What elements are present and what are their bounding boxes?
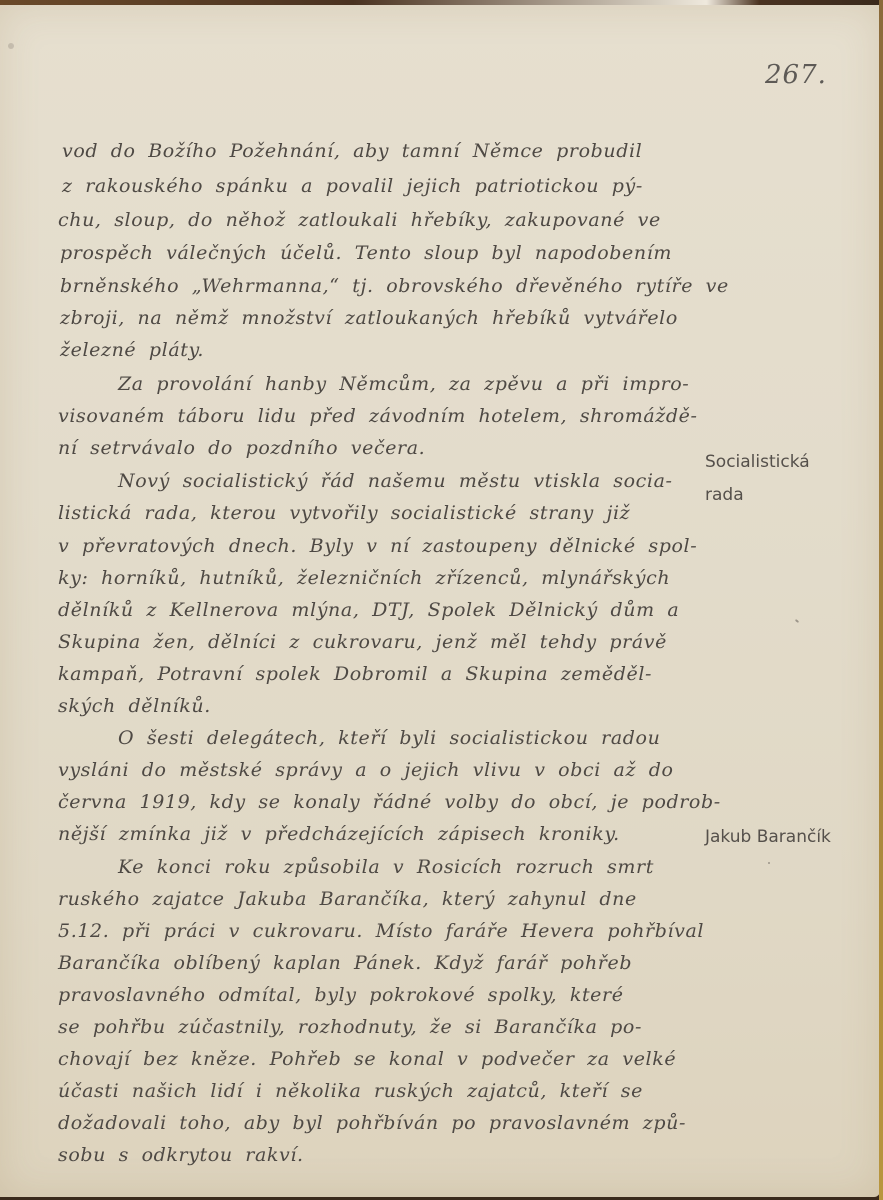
text-line: O šesti delegátech, kteří byli socialist…	[118, 727, 660, 749]
text-line: ní setrvávalo do pozdního večera.	[58, 437, 425, 459]
paper-mark	[795, 619, 799, 623]
text-line: chu, sloup, do něhož zatloukali hřebíky,…	[58, 209, 661, 231]
text-line: pravoslavného odmítal, byly pokrokové sp…	[58, 984, 624, 1006]
text-line: visovaném táboru lidu před závodním hote…	[58, 405, 698, 427]
text-line: kampaň, Potravní spolek Dobromil a Skupi…	[58, 663, 652, 685]
text-line: vysláni do městské správy a o jejich vli…	[58, 759, 674, 781]
text-line: se pohřbu zúčastnily, rozhodnuty, že si …	[58, 1016, 642, 1038]
text-line: Skupina žen, dělníci z cukrovaru, jenž m…	[58, 631, 667, 653]
paper-mark	[768, 862, 770, 864]
chronicle-page: 267. vod do Božího Požehnání, aby tamní …	[0, 5, 880, 1197]
text-line: června 1919, kdy se konaly řádné volby d…	[58, 791, 721, 813]
margin-note-rada: rada	[705, 485, 744, 505]
text-line: ky: horníků, hutníků, železničních zříze…	[58, 567, 670, 589]
text-line: chovají bez kněze. Pohřeb se konal v pod…	[58, 1048, 676, 1070]
text-line: dělníků z Kellnerova mlýna, DTJ, Spolek …	[58, 599, 679, 621]
text-line: prospěch válečných účelů. Tento sloup by…	[60, 242, 672, 264]
text-line: listická rada, kterou vytvořily socialis…	[58, 502, 630, 524]
text-line: zbroji, na němž množství zatloukaných hř…	[60, 307, 678, 329]
text-line: brněnského „Wehrmanna,“ tj. obrovského d…	[60, 275, 729, 297]
margin-note-jakub-barancik: Jakub Barančík	[705, 827, 831, 847]
text-line: Za provolání hanby Němcům, za zpěvu a př…	[118, 373, 689, 395]
text-line: účasti našich lidí i několika ruských za…	[58, 1080, 643, 1102]
text-line: sobu s odkrytou rakví.	[58, 1144, 304, 1166]
paper-stain	[8, 43, 14, 49]
text-line: Nový socialistický řád našemu městu vtis…	[118, 470, 673, 492]
text-line: Barančíka oblíbený kaplan Pánek. Když fa…	[58, 952, 632, 974]
page-number: 267.	[765, 60, 827, 90]
text-line: z rakouského spánku a povalil jejich pat…	[62, 175, 643, 197]
text-line: v převratových dnech. Byly v ní zastoupe…	[58, 535, 697, 557]
text-line: nější zmínka již v předcházejících zápis…	[58, 823, 620, 845]
text-line: dožadovali toho, aby byl pohřbíván po pr…	[58, 1112, 686, 1134]
text-line: Ke konci roku způsobila v Rosicích rozru…	[118, 856, 654, 878]
text-line: 5.12. při práci v cukrovaru. Místo farář…	[58, 920, 704, 942]
page-right-edge	[879, 0, 883, 1200]
text-line: ských dělníků.	[58, 695, 211, 717]
text-line: železné pláty.	[60, 339, 204, 361]
text-line: vod do Božího Požehnání, aby tamní Němce…	[62, 140, 642, 162]
margin-note-socialisticka: Socialistická	[705, 452, 810, 472]
text-line: ruského zajatce Jakuba Barančíka, který …	[58, 888, 637, 910]
